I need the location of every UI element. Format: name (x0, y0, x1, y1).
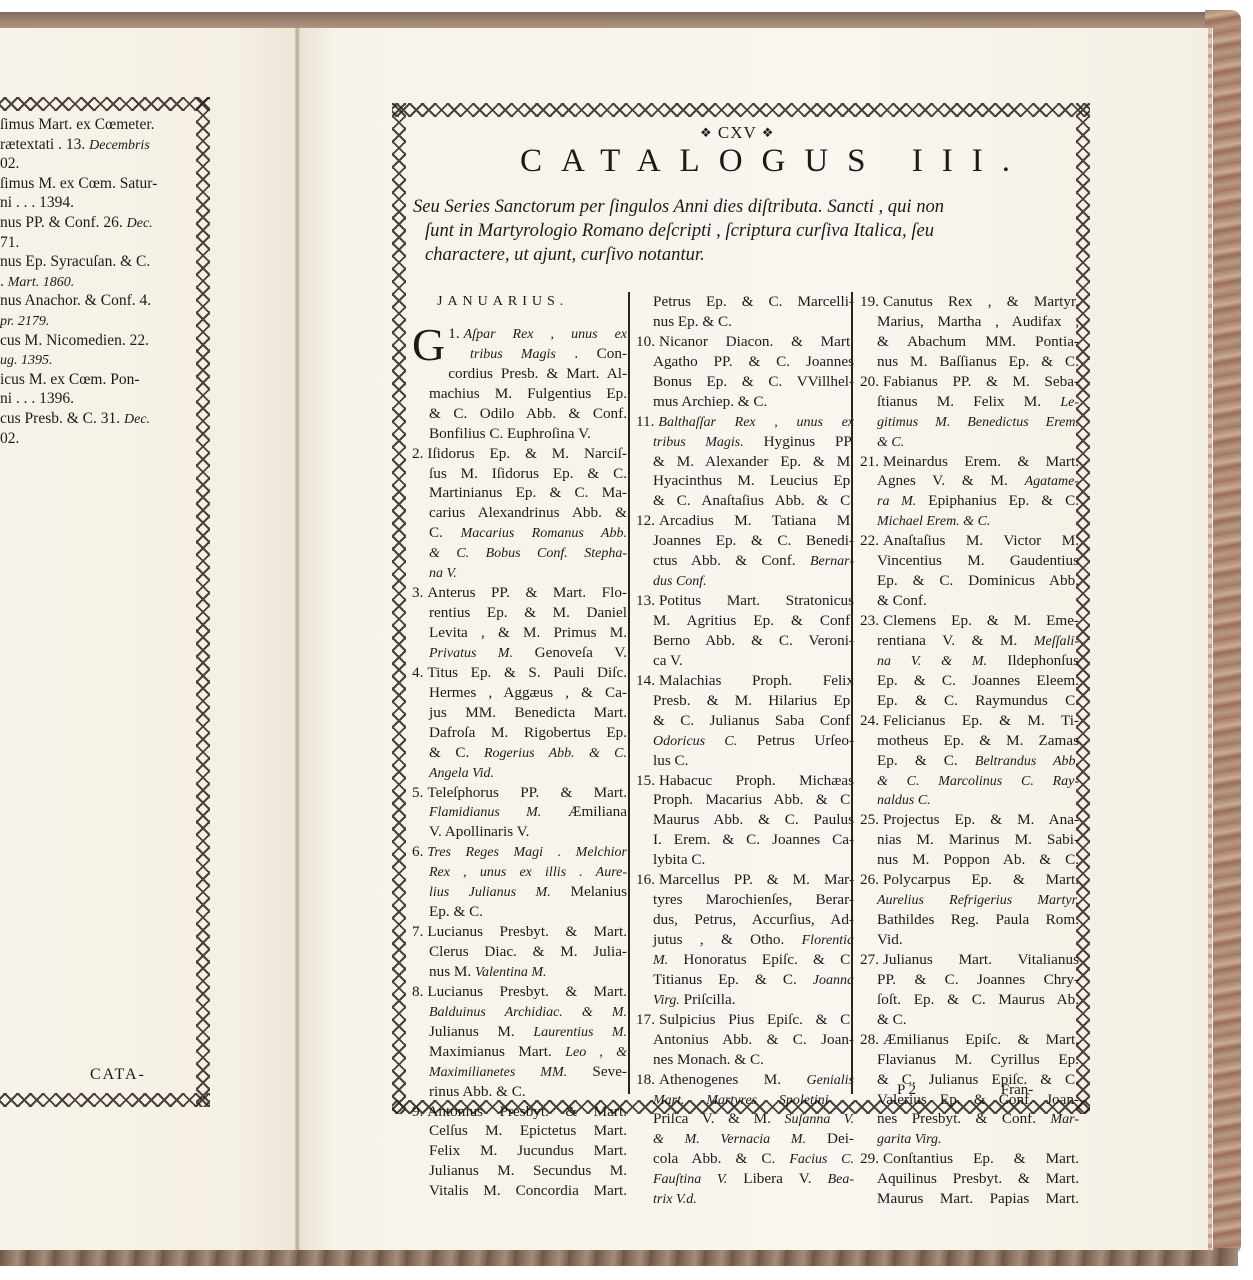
italic-text: Suſanna V. (785, 1112, 854, 1127)
left-frame-bottom (0, 1093, 210, 1107)
left-text-line: 02. (0, 429, 200, 449)
roman-text: ſtianus M. Felix M. (877, 393, 1060, 410)
entry-line: dus Conf. (636, 571, 854, 591)
month-heading: JANUARIUS. (412, 292, 627, 312)
entry-line: 23.Clemens Ep. & M. Eme- (860, 611, 1079, 631)
entry-line: 29.Conſtantius Ep. & Mart. (860, 1149, 1079, 1169)
entry-line: rentiana V. & M. Meſſali- (860, 631, 1079, 651)
roman-text: Conſtantius Ep. & Mart. (883, 1150, 1079, 1167)
roman-text: Priſcilla. (680, 991, 736, 1008)
roman-text: Maurus Abb. & C. Paulus (653, 811, 854, 828)
italic-text: Valentina M. (475, 965, 547, 980)
roman-text: Dafroſa M. Rigobertus Ep. (429, 724, 627, 741)
signature-mark: P 2 (895, 1082, 997, 1099)
entry-line: jutus , & Otho. Florentia (636, 930, 854, 950)
entry-line: Ep. & C. Joannes Eleem. (860, 671, 1079, 691)
roman-text: lybita C. (653, 851, 705, 868)
roman-text: & C. Anaſtaſius Abb. & C. (653, 492, 854, 509)
entry-line: nus M. Poppon Ab. & C. (860, 850, 1079, 870)
left-text-line: nus Ep. Syracuſan. & C. (0, 252, 200, 272)
day-number: 29. (860, 1150, 879, 1167)
entry-line: nias M. Marinus M. Sabi- (860, 830, 1079, 850)
roman-text: Vitalis M. Concordia Mart. (429, 1182, 627, 1199)
day-number: 17. (636, 1011, 655, 1028)
roman-text: Vid. (877, 931, 903, 948)
italic-text: M. (653, 953, 668, 968)
entry-line: 27.Julianus Mart. Vitalianus (860, 950, 1079, 970)
line-italic: Mart. 1860. (8, 275, 75, 290)
roman-text: Clemens Ep. & M. Eme- (883, 612, 1079, 629)
entry-line: & M. Alexander Ep. & M. (636, 452, 854, 472)
entry-line: ctus Abb. & Conf. Bernar- (636, 551, 854, 571)
entry-line: carius Alexandrinus Abb. & (412, 503, 627, 523)
entry-line: 18.Athenogenes M. Genialis (636, 1070, 854, 1090)
day-number: 8. (412, 983, 423, 1000)
day-number: 24. (860, 712, 879, 729)
roman-text: nias M. Marinus M. Sabi- (877, 831, 1079, 848)
entry-line: Dafroſa M. Rigobertus Ep. (412, 723, 627, 743)
entry-line: mus Archiep. & C. (636, 392, 854, 412)
italic-text: Bernar- (810, 554, 854, 569)
italic-text: Laurentius M. (533, 1025, 627, 1040)
frame-left (392, 103, 406, 1114)
roman-text: Dei- (806, 1130, 854, 1147)
entry-line: cola Abb. & C. Facius C. (636, 1149, 854, 1169)
entry-line: Martinianus Ep. & C. Ma- (412, 483, 627, 503)
entry-line: rinus Abb. & C. (412, 1082, 627, 1102)
roman-text: Antonius Presbyt. & Mart. (427, 1103, 627, 1120)
roman-text: Proph. Macarius Abb. & C. (653, 791, 854, 808)
entry-line: Priſca V. & M. Suſanna V. (636, 1109, 854, 1129)
roman-text: Ep. & C. (877, 752, 975, 769)
entry-line: naldus C. (860, 790, 1079, 810)
entry-line: Hermes , Aggæus , & Ca- (412, 683, 627, 703)
day-number: 1. (448, 325, 459, 342)
day-number: 6. (412, 843, 423, 860)
day-number: 25. (860, 811, 879, 828)
entry-line: 6.Tres Reges Magi . Melchior (412, 842, 627, 862)
left-catchword: CATA- (90, 1066, 146, 1084)
italic-text: Mar- (1051, 1112, 1080, 1127)
entry-line: Antonius Abb. & C. Joan- (636, 1030, 854, 1050)
line-italic: Dec. (127, 216, 153, 231)
entry-line: I. Erem. & C. Joannes Ca- (636, 830, 854, 850)
entry-line: Proph. Macarius Abb. & C. (636, 790, 854, 810)
entry-line: Vincentius M. Gaudentius (860, 551, 1079, 571)
line-roman: ni . . . 1394. (0, 194, 74, 211)
italic-text: Macarius Romanus Abb. (461, 526, 627, 541)
day-number: 23. (860, 612, 879, 629)
roman-text: Ep. & C. Joannes Eleem. (877, 672, 1079, 689)
day-number: 19. (860, 293, 879, 310)
line-italic: ug. 1395. (0, 353, 53, 368)
entry-line: 10.Nicanor Diacon. & Mart. (636, 332, 854, 352)
roman-text: Titianus Ep. & C. (653, 971, 813, 988)
entry-line: Virg. Priſcilla. (636, 990, 854, 1010)
folio-number: ❖ CXV ❖ (700, 123, 774, 143)
italic-text: Maximilianetes MM. (429, 1065, 567, 1080)
day-number: 27. (860, 951, 879, 968)
roman-text: I. Erem. & C. Joannes Ca- (653, 831, 854, 848)
entry-line: rentius Ep. & M. Daniel (412, 603, 627, 623)
entry-line: 2.Iſidorus Ep. & M. Narciſ- (412, 444, 627, 464)
column-rule-2 (851, 292, 853, 1094)
column-1: JANUARIUS.1.GAſpar Rex , unus extribus M… (412, 292, 627, 1201)
entry-line: motheus Ep. & M. Zamas (860, 731, 1079, 751)
roman-text: Aquilinus Presbyt. & Mart. (877, 1170, 1079, 1187)
entry-line: dus, Petrus, Accurſius, Ad- (636, 910, 854, 930)
italic-text: Leo , & (565, 1045, 627, 1060)
roman-text: Julianus M. Secundus M. (429, 1162, 627, 1179)
roman-text: Sulpicius Pius Epiſc. & C. (659, 1011, 854, 1028)
roman-text: Arcadius M. Tatiana M. (659, 512, 854, 529)
italic-text: Balduinus Archidiac. & M. (429, 1005, 627, 1020)
entry-line: garita Virg. (860, 1129, 1079, 1149)
subtitle: Seu Series Sanctorum per ſingulos Anni d… (413, 195, 1075, 267)
entry-line: & Conf. (860, 591, 1079, 611)
entry-line: Levita , & M. Primus M. (412, 623, 627, 643)
roman-text: Bonfilius C. Euphroſina V. (429, 425, 591, 442)
entry-line: tribus Magis. Hyginus PP. (636, 432, 854, 452)
roman-text: Bathildes Reg. Paula Rom. (877, 911, 1079, 928)
roman-text: Berno Abb. & C. Veroni- (653, 632, 854, 649)
roman-text: Anterus PP. & Mart. Flo- (427, 584, 627, 601)
roman-text: Ep. & C. Dominicus Abb. (877, 572, 1079, 589)
roman-text: Hermes , Aggæus , & Ca- (429, 684, 627, 701)
entry-line: & C. Rogerius Abb. & C. (412, 743, 627, 763)
italic-text: Privatus M. (429, 646, 513, 661)
entry-line: 5.Teleſphorus PP. & Mart. (412, 783, 627, 803)
roman-text: & M. Alexander Ep. & M. (653, 453, 854, 470)
entry-line: Clerus Diac. & M. Julia- (412, 942, 627, 962)
entry-line: 17.Sulpicius Pius Epiſc. & C. (636, 1010, 854, 1030)
roman-text: Antonius Abb. & C. Joan- (653, 1031, 854, 1048)
roman-text: Ep. & C. (429, 903, 483, 920)
entry-line: 3.Anterus PP. & Mart. Flo- (412, 583, 627, 603)
entry-line: machius M. Fulgentius Ep. (412, 384, 627, 404)
roman-text: Maurus Mart. Papias Mart. (877, 1190, 1079, 1207)
entry-line: & C. (860, 1010, 1079, 1030)
roman-text: C. (429, 524, 461, 541)
entry-line: Flavianus M. Cyrillus Ep. (860, 1050, 1079, 1070)
left-text-line: 71. (0, 233, 200, 253)
roman-text: Presb. & M. Hilarius Ep. (653, 692, 854, 709)
day-number: 2. (412, 445, 423, 462)
entry-line: ca V. (636, 651, 854, 671)
entry-line: Ep. & C. Raymundus C. (860, 691, 1079, 711)
entry-line: Michael Erem. & C. (860, 511, 1079, 531)
roman-text: & Conf. (877, 592, 927, 609)
entry-line: Marius, Martha , Audifax , (860, 312, 1079, 332)
entry-line: 20.Fabianus PP. & M. Seba- (860, 372, 1079, 392)
line-roman: cus Presb. & C. 31. (0, 410, 124, 427)
roman-text: cola Abb. & C. (653, 1150, 789, 1167)
entry-line: Vid. (860, 930, 1079, 950)
entry-line: & Abachum MM. Pontia- (860, 332, 1079, 352)
roman-text: M. Agritius Ep. & Conf. (653, 612, 854, 629)
roman-text: cordius Presb. & Mart. Al- (448, 365, 627, 382)
line-roman: 02. (0, 155, 19, 172)
entry-line: na V. (412, 563, 627, 583)
italic-text: Tres Reges Magi . Melchior (427, 845, 627, 860)
italic-text: Facius C. (789, 1152, 854, 1167)
roman-text: carius Alexandrinus Abb. & (429, 504, 627, 521)
roman-text: Bonus Ep. & C. VVillhel- (653, 373, 854, 390)
line-roman: cus M. Nicomedien. 22. (0, 332, 149, 349)
italic-text: Angela Vid. (429, 766, 494, 781)
roman-text: & C. (877, 1011, 907, 1028)
subtitle-line: Seu Series Sanctorum per ſingulos Anni d… (413, 195, 1075, 219)
left-text-line: ſimus Mart. ex Cœmeter. (0, 115, 200, 135)
roman-text: Habacuc Proph. Michæas (659, 772, 854, 789)
line-roman: . (0, 273, 8, 290)
entry-line: Joannes Ep. & C. Benedi- (636, 531, 854, 551)
left-text-line: ug. 1395. (0, 350, 200, 370)
entry-line: Vitalis M. Concordia Mart. (412, 1181, 627, 1201)
italic-text: Flamidianus M. (429, 805, 541, 820)
roman-text: ſoſt. Ep. & C. Maurus Ab. (877, 991, 1079, 1008)
entry-line: Rex , unus ex illis . Aure- (412, 862, 627, 882)
entry-line: Julianus M. Laurentius M. (412, 1022, 627, 1042)
italic-text: Michael Erem. & C. (877, 514, 990, 529)
column-3: 19.Canutus Rex , & Martyr.Marius, Martha… (860, 292, 1079, 1209)
entry-line: 16.Marcellus PP. & M. Mar- (636, 870, 854, 890)
roman-text: & C. (429, 744, 484, 761)
entry-line: Privatus M. Genoveſa V. (412, 643, 627, 663)
entry-line: 7.Lucianus Presbyt. & Mart. (412, 922, 627, 942)
entry-line: na V. & M. Ildephonſus (860, 651, 1079, 671)
italic-text: Virg. (653, 993, 680, 1008)
line-roman: icus M. ex Cœm. Pon- (0, 371, 140, 388)
italic-text: Mart. Martyres Spoletini . (653, 1093, 854, 1108)
entry-line: Julianus M. Secundus M. (412, 1161, 627, 1181)
entry-line: 25.Projectus Ep. & M. Ana- (860, 810, 1079, 830)
entry-line: Maximilianetes MM. Seve- (412, 1062, 627, 1082)
line-italic: Dec. (124, 412, 150, 427)
entry-line: 9.Antonius Presbyt. & Mart. (412, 1102, 627, 1122)
italic-text: Bea- (828, 1172, 854, 1187)
italic-text: Florentia (802, 933, 854, 948)
book-cover-bottom (0, 1248, 1238, 1266)
roman-text: machius M. Fulgentius Ep. (429, 385, 627, 402)
day-number: 28. (860, 1031, 879, 1048)
entry-line: 14.Malachias Proph. Felix (636, 671, 854, 691)
entry-line: Presb. & M. Hilarius Ep. (636, 691, 854, 711)
roman-text: Ep. & C. Raymundus C. (877, 692, 1079, 709)
entry-line: C. Macarius Romanus Abb. (412, 523, 627, 543)
left-text-line: ni . . . 1394. (0, 193, 200, 213)
diamond-ornament-icon: ❖ (762, 125, 775, 140)
roman-text: Libera V. (727, 1170, 827, 1187)
entry-line: Maurus Mart. Papias Mart. (860, 1189, 1079, 1209)
entry-line: Fauſtina V. Libera V. Bea- (636, 1169, 854, 1189)
roman-text: Fabianus PP. & M. Seba- (883, 373, 1079, 390)
roman-text: Projectus Ep. & M. Ana- (883, 811, 1079, 828)
subtitle-line: ſunt in Martyrologio Romano deſcripti , … (413, 219, 1075, 243)
roman-text: Canutus Rex , & Martyr. (883, 293, 1079, 310)
left-text-line: nus Anachor. & Conf. 4. (0, 291, 200, 311)
roman-text: Lucianus Presbyt. & Mart. (427, 923, 627, 940)
entry-line: & C. Anaſtaſius Abb. & C. (636, 491, 854, 511)
roman-text: PP. & C. Joannes Chry- (877, 971, 1079, 988)
entry-line: Petrus Ep. & C. Marcelli- (636, 292, 854, 312)
entry-line: Berno Abb. & C. Veroni- (636, 631, 854, 651)
roman-text: lus C. (653, 752, 688, 769)
italic-text: Rex , unus ex illis . Aure- (429, 865, 627, 880)
roman-text: Iſidorus Ep. & M. Narciſ- (427, 445, 627, 462)
entry-line: lius Julianus M. Melanius (412, 882, 627, 902)
italic-text: na V. & M. (877, 654, 987, 669)
entry-line: & C. Marcolinus C. Ray- (860, 771, 1079, 791)
day-number: 9. (412, 1103, 423, 1120)
line-roman: ni . . . 1396. (0, 390, 74, 407)
entry-line: 26.Polycarpus Ep. & Mart. (860, 870, 1079, 890)
italic-text: Fauſtina V. (653, 1172, 727, 1187)
column-2: Petrus Ep. & C. Marcelli-nus Ep. & C.10.… (636, 292, 854, 1209)
left-frame-top (0, 97, 210, 111)
day-number: 18. (636, 1071, 655, 1088)
roman-text: Æmilianus Epiſc. & Mart. (883, 1031, 1079, 1048)
roman-text: jus MM. Benedicta Mart. (429, 704, 627, 721)
roman-text: JANUARIUS. (437, 294, 568, 309)
day-number: 7. (412, 923, 423, 940)
roman-text: Marcellus PP. & M. Mar- (659, 871, 854, 888)
roman-text: & C. Odilo Abb. & Conf. (429, 405, 627, 422)
line-italic: Decembris (89, 138, 150, 153)
roman-text: & Abachum MM. Pontia- (877, 333, 1079, 350)
line-roman: nus PP. & Conf. 26. (0, 214, 127, 231)
italic-text: ra M. (877, 494, 916, 509)
roman-text: Felix M. Jucundus Mart. (429, 1142, 627, 1159)
entry-line: gitimus M. Benedictus Erem. (860, 412, 1079, 432)
roman-text: mus Archiep. & C. (653, 393, 767, 410)
entry-line: lus C. (636, 751, 854, 771)
day-number: 26. (860, 871, 879, 888)
roman-text: Petrus Ep. & C. Marcelli- (653, 293, 854, 310)
roman-text: Vincentius M. Gaudentius (877, 552, 1079, 569)
roman-text: V. Apollinaris V. (429, 823, 529, 840)
roman-text: Melanius (551, 883, 627, 900)
drop-capital: G (412, 326, 445, 364)
frame-top (392, 103, 1090, 117)
day-number: 3. (412, 584, 423, 601)
entry-line: Maximianus Mart. Leo , & (412, 1042, 627, 1062)
entry-line: Titianus Ep. & C. Joanna (636, 970, 854, 990)
roman-text: Titus Ep. & S. Pauli Diſc. (427, 664, 627, 681)
entry-line: lybita C. (636, 850, 854, 870)
entry-line: & C. Odilo Abb. & Conf. (412, 404, 627, 424)
italic-text: tribus Magis. (653, 435, 744, 450)
roman-text: Julianus Mart. Vitalianus (883, 951, 1079, 968)
line-roman: rætextati . 13. (0, 136, 89, 153)
subtitle-line: charactere, ut ajunt, curſivo notantur. (413, 243, 1075, 267)
entry-line: Odoricus C. Petrus Urſeo- (636, 731, 854, 751)
roman-text: Agatho PP. & C. Joannes (653, 353, 854, 370)
roman-text: Anaſtaſius M. Victor M. (883, 532, 1079, 549)
entry-line: Aquilinus Presbyt. & Mart. (860, 1169, 1079, 1189)
entry-line: 1.GAſpar Rex , unus ex (412, 324, 627, 344)
entry-line: nus Ep. & C. (636, 312, 854, 332)
day-number: 22. (860, 532, 879, 549)
entry-line: ra M. Epiphanius Ep. & C. (860, 491, 1079, 511)
left-text-line: cus M. Nicomedien. 22. (0, 331, 200, 351)
roman-text: Clerus Diac. & M. Julia- (429, 943, 627, 960)
entry-line: Agatho PP. & C. Joannes (636, 352, 854, 372)
italic-text: Aurelius Refrigerius Martyr. (877, 893, 1079, 908)
italic-text: Balthaſſar Rex , unus ex (658, 415, 854, 430)
italic-text: Joanna (813, 973, 854, 988)
italic-text: Agatame- (1025, 474, 1079, 489)
line-roman: nus Anachor. & Conf. 4. (0, 292, 151, 309)
entry-line: & M. Vernacia M. Dei- (636, 1129, 854, 1149)
italic-text: Aſpar Rex , unus ex (464, 327, 627, 342)
entry-line: nes Presbyt. & Conf. Mar- (860, 1109, 1079, 1129)
roman-text: tyres Marochienſes, Berar- (653, 891, 854, 908)
roman-text: Julianus M. (429, 1023, 533, 1040)
italic-text: na V. (429, 566, 457, 581)
roman-text: Æmiliana (541, 803, 627, 820)
roman-text: Ildephonſus (987, 652, 1079, 669)
entry-line: Aurelius Refrigerius Martyr. (860, 890, 1079, 910)
entry-line: 8.Lucianus Presbyt. & Mart. (412, 982, 627, 1002)
italic-text: Beltrandus Abb. (975, 754, 1079, 769)
roman-text: Joannes Ep. & C. Benedi- (653, 532, 854, 549)
left-text-line: nus PP. & Conf. 26. Dec. (0, 213, 200, 233)
left-text-line: ni . . . 1396. (0, 389, 200, 409)
roman-text: & C. Julianus Saba Conf. (653, 712, 854, 729)
entry-line: trix V.d. (636, 1189, 854, 1209)
roman-text: Honoratus Epiſc. & C. (668, 951, 854, 968)
entry-line: 15.Habacuc Proph. Michæas (636, 771, 854, 791)
italic-text: Odoricus C. (653, 734, 737, 749)
italic-text: & C. Bobus Conf. Stepha- (429, 546, 627, 561)
left-text-line: icus M. ex Cœm. Pon- (0, 370, 200, 390)
line-roman: ſimus Mart. ex Cœmeter. (0, 116, 155, 133)
column-rule-1 (628, 292, 630, 1094)
left-text-line: . Mart. 1860. (0, 272, 200, 292)
entry-line: 22.Anaſtaſius M. Victor M. (860, 531, 1079, 551)
italic-text: lius Julianus M. (429, 885, 551, 900)
roman-text: Flavianus M. Cyrillus Ep. (877, 1051, 1079, 1068)
day-number: 12. (636, 512, 655, 529)
entry-line: Felix M. Jucundus Mart. (412, 1141, 627, 1161)
roman-text: Epiphanius Ep. & C. (916, 492, 1079, 509)
entry-line: Bonfilius C. Euphroſina V. (412, 424, 627, 444)
roman-text: motheus Ep. & M. Zamas (877, 732, 1079, 749)
roman-text: Hyacinthus M. Leucius Ep. (653, 472, 854, 489)
roman-text: nus M. Poppon Ab. & C. (877, 851, 1079, 868)
day-number: 5. (412, 784, 423, 801)
roman-text: rentiana V. & M. (877, 632, 1034, 649)
left-page-text: ſimus Mart. ex Cœmeter.rætextati . 13. D… (0, 115, 200, 448)
roman-text: ſus M. Iſidorus Ep. & C. (429, 465, 627, 482)
day-number: 21. (860, 453, 879, 470)
left-text-line: pr. 2179. (0, 311, 200, 331)
entry-line: 13.Potitus Mart. Stratonicus (636, 591, 854, 611)
entry-line: tyres Marochienſes, Berar- (636, 890, 854, 910)
roman-text: dus, Petrus, Accurſius, Ad- (653, 911, 854, 928)
roman-text: nes Presbyt. & Conf. (877, 1110, 1051, 1127)
entry-line: 19.Canutus Rex , & Martyr. (860, 292, 1079, 312)
entry-line: Ep. & C. (412, 902, 627, 922)
entry-line: 24.Felicianus Ep. & M. Ti- (860, 711, 1079, 731)
roman-text: ca V. (653, 652, 683, 669)
entry-line: & C. Bobus Conf. Stepha- (412, 543, 627, 563)
entry-line: Flamidianus M. Æmiliana (412, 802, 627, 822)
roman-text: ctus Abb. & Conf. (653, 552, 810, 569)
roman-text: Marius, Martha , Audifax , (877, 313, 1079, 330)
line-roman: nus Ep. Syracuſan. & C. (0, 253, 150, 270)
